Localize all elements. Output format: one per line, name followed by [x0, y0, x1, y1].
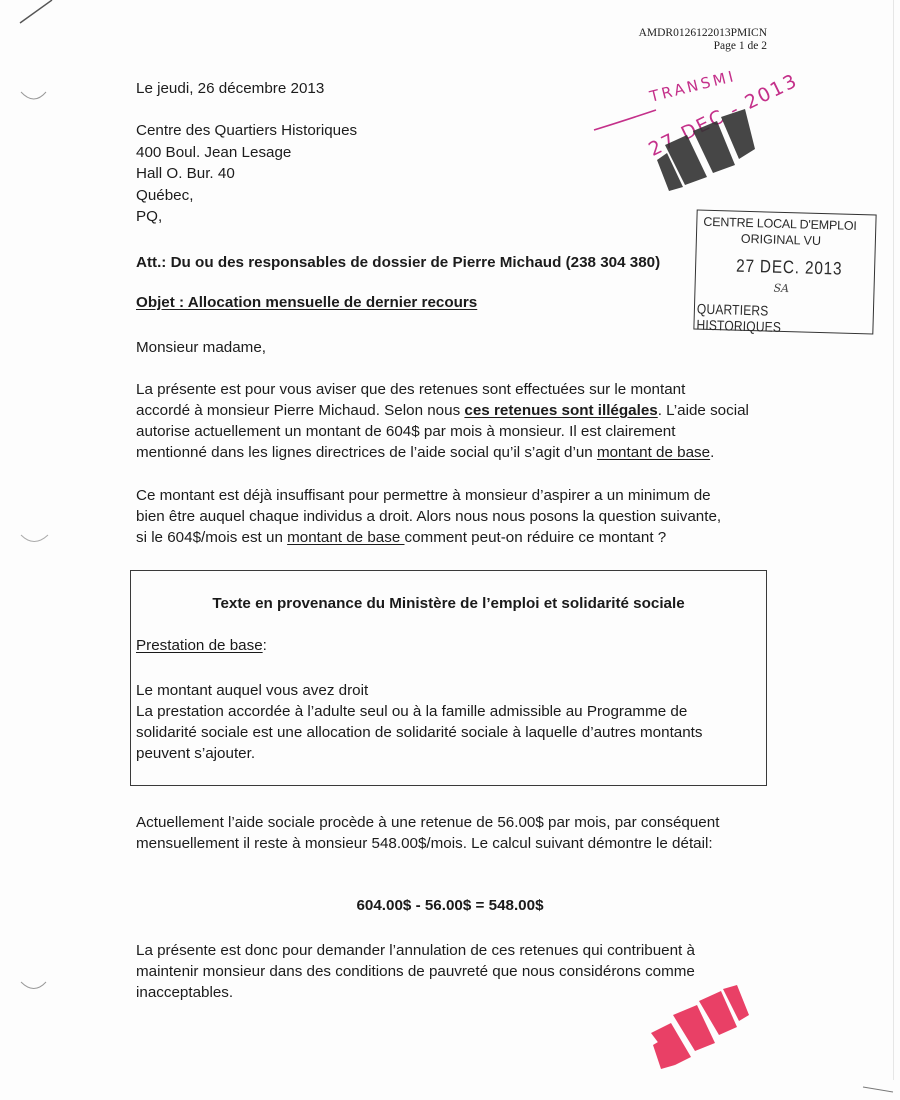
emphasis-base-amount: montant de base: [597, 444, 710, 461]
page-number: Page 1 de 2: [639, 40, 767, 53]
bar-stamp-red-icon: [645, 985, 755, 1070]
stamp-initials: SA: [773, 282, 789, 295]
subtitle-text: Prestation de base: [136, 637, 263, 654]
stamp-original-seen: ORIGINAL VU: [741, 232, 821, 248]
calculation: 604.00$ - 56.00$ = 548.00$: [0, 897, 900, 914]
document-reference: AMDR0126122013PMICN Page 1 de 2: [639, 27, 767, 53]
text-span: .: [710, 444, 714, 461]
text-line: maintenir monsieur dans des conditions d…: [136, 961, 695, 982]
hole-punch-icon: [21, 535, 48, 542]
text-span: . L’aide social: [658, 402, 749, 419]
letter-date: Le jeudi, 26 décembre 2013: [136, 78, 324, 99]
text-line: inacceptables.: [136, 982, 695, 1003]
text-line: si le 604$/mois est un montant de base c…: [136, 527, 721, 548]
text-line: Le montant auquel vous avez droit: [136, 680, 703, 701]
page-fold-icon: [863, 1087, 893, 1092]
quote-box-title: Texte en provenance du Ministère de l’em…: [131, 595, 766, 612]
received-stamp: CENTRE LOCAL D'EMPLOI ORIGINAL VU 27 DEC…: [693, 210, 876, 335]
text-line: solidarité sociale est une allocation de…: [136, 722, 703, 743]
text-line: La prestation accordée à l’adulte seul o…: [136, 701, 703, 722]
paragraph-3: Actuellement l’aide sociale procède à un…: [136, 812, 719, 854]
stamp-location: QUARTIERS HISTORIQUES: [696, 301, 848, 337]
hole-punch-icon: [21, 92, 46, 99]
subject-line: Objet : Allocation mensuelle de dernier …: [136, 292, 477, 313]
address-line: 400 Boul. Jean Lesage: [136, 142, 357, 164]
text-line: autorise actuellement un montant de 604$…: [136, 421, 749, 442]
text-line: bien être auquel chaque individus a droi…: [136, 506, 721, 527]
emphasis-illegal: ces retenues sont illégales: [464, 402, 657, 419]
text-line: La présente est pour vous aviser que des…: [136, 379, 749, 400]
staple-mark-icon: [20, 0, 52, 23]
address-line: Hall O. Bur. 40: [136, 163, 357, 185]
reference-code: AMDR0126122013PMICN: [639, 27, 767, 40]
text-line: accordé à monsieur Pierre Michaud. Selon…: [136, 400, 749, 421]
text-line: Actuellement l’aide sociale procède à un…: [136, 812, 719, 833]
text-span: si le 604$/mois est un: [136, 529, 287, 546]
text-span: mentionné dans les lignes directrices de…: [136, 444, 597, 461]
hole-punch-icon: [21, 982, 46, 989]
address-line: Centre des Quartiers Historiques: [136, 120, 357, 142]
text-line: La présente est donc pour demander l’ann…: [136, 940, 695, 961]
attention-line: Att.: Du ou des responsables de dossier …: [136, 252, 660, 273]
text-line: mensuellement il reste à monsieur 548.00…: [136, 833, 719, 854]
letter-page: AMDR0126122013PMICN Page 1 de 2 Le jeudi…: [0, 0, 900, 1100]
stamp-office: CENTRE LOCAL D'EMPLOI: [703, 215, 857, 233]
subtitle-suffix: :: [263, 637, 267, 654]
text-line: Ce montant est déjà insuffisant pour per…: [136, 485, 721, 506]
paragraph-2: Ce montant est déjà insuffisant pour per…: [136, 485, 721, 548]
stamp-date: 27 DEC. 2013: [736, 256, 843, 280]
emphasis-base-amount: montant de base: [287, 529, 404, 546]
text-span: accordé à monsieur Pierre Michaud. Selon…: [136, 402, 464, 419]
text-line: peuvent s’ajouter.: [136, 743, 703, 764]
quote-box-subtitle: Prestation de base:: [136, 637, 267, 654]
text-span: comment peut-on réduire ce montant ?: [405, 529, 667, 546]
salutation: Monsieur madame,: [136, 337, 266, 358]
text-line: mentionné dans les lignes directrices de…: [136, 442, 749, 463]
paragraph-1: La présente est pour vous aviser que des…: [136, 379, 749, 463]
quote-box-body: Le montant auquel vous avez droit La pre…: [136, 680, 703, 764]
ministry-quote-box: Texte en provenance du Ministère de l’em…: [130, 570, 767, 786]
bar-stamp-black-icon: [655, 105, 775, 195]
address-line: PQ,: [136, 206, 357, 228]
paragraph-4: La présente est donc pour demander l’ann…: [136, 940, 695, 1003]
address-line: Québec,: [136, 185, 357, 207]
recipient-address: Centre des Quartiers Historiques 400 Bou…: [136, 120, 357, 228]
